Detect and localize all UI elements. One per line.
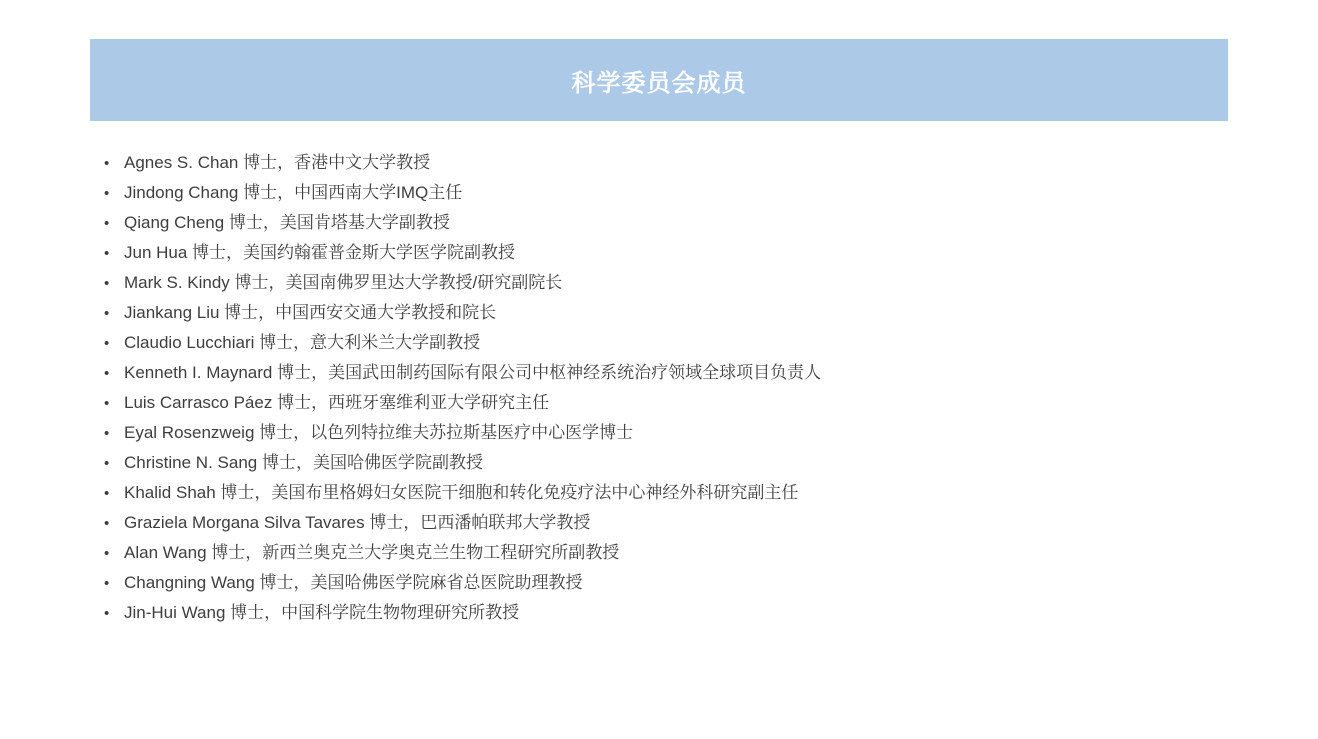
member-text: Jiankang Liu 博士，中国西安交通大学教授和院长 xyxy=(124,298,496,328)
list-item: • Mark S. Kindy 博士，美国南佛罗里达大学教授/研究副院长 xyxy=(104,268,1224,298)
bullet-icon: • xyxy=(104,239,124,269)
bullet-icon: • xyxy=(104,479,124,509)
member-text: Luis Carrasco Páez 博士，西班牙塞维利亚大学研究主任 xyxy=(124,388,549,418)
list-item: • Claudio Lucchiari 博士，意大利米兰大学副教授 xyxy=(104,328,1224,358)
bullet-icon: • xyxy=(104,209,124,239)
list-item: • Changning Wang 博士，美国哈佛医学院麻省总医院助理教授 xyxy=(104,568,1224,598)
member-text: Qiang Cheng 博士，美国肯塔基大学副教授 xyxy=(124,208,450,238)
bullet-icon: • xyxy=(104,299,124,329)
member-text: Eyal Rosenzweig 博士，以色列特拉维夫苏拉斯基医疗中心医学博士 xyxy=(124,418,633,448)
member-text: Jindong Chang 博士，中国西南大学IMQ主任 xyxy=(124,178,462,208)
page-title: 科学委员会成员 xyxy=(572,63,747,98)
member-text: Graziela Morgana Silva Tavares 博士，巴西潘帕联邦… xyxy=(124,508,590,538)
member-text: Jin-Hui Wang 博士，中国科学院生物物理研究所教授 xyxy=(124,598,519,628)
bullet-icon: • xyxy=(104,359,124,389)
bullet-icon: • xyxy=(104,539,124,569)
list-item: • Christine N. Sang 博士，美国哈佛医学院副教授 xyxy=(104,448,1224,478)
member-text: Alan Wang 博士，新西兰奥克兰大学奥克兰生物工程研究所副教授 xyxy=(124,538,619,568)
list-item: • Jiankang Liu 博士，中国西安交通大学教授和院长 xyxy=(104,298,1224,328)
list-item: • Jun Hua 博士，美国约翰霍普金斯大学医学院副教授 xyxy=(104,238,1224,268)
member-text: Khalid Shah 博士，美国布里格姆妇女医院干细胞和转化免疫疗法中心神经外… xyxy=(124,478,798,508)
bullet-icon: • xyxy=(104,569,124,599)
member-text: Jun Hua 博士，美国约翰霍普金斯大学医学院副教授 xyxy=(124,238,515,268)
bullet-icon: • xyxy=(104,269,124,299)
list-item: • Agnes S. Chan 博士，香港中文大学教授 xyxy=(104,148,1224,178)
bullet-icon: • xyxy=(104,149,124,179)
bullet-icon: • xyxy=(104,389,124,419)
list-item: • Luis Carrasco Páez 博士，西班牙塞维利亚大学研究主任 xyxy=(104,388,1224,418)
list-item: • Graziela Morgana Silva Tavares 博士，巴西潘帕… xyxy=(104,508,1224,538)
committee-banner: 科学委员会成员 xyxy=(90,39,1228,121)
list-item: • Qiang Cheng 博士，美国肯塔基大学副教授 xyxy=(104,208,1224,238)
member-text: Christine N. Sang 博士，美国哈佛医学院副教授 xyxy=(124,448,483,478)
list-item: • Eyal Rosenzweig 博士，以色列特拉维夫苏拉斯基医疗中心医学博士 xyxy=(104,418,1224,448)
member-text: Mark S. Kindy 博士，美国南佛罗里达大学教授/研究副院长 xyxy=(124,268,562,298)
list-item: • Jindong Chang 博士，中国西南大学IMQ主任 xyxy=(104,178,1224,208)
member-text: Agnes S. Chan 博士，香港中文大学教授 xyxy=(124,148,430,178)
list-item: • Kenneth I. Maynard 博士，美国武田制药国际有限公司中枢神经… xyxy=(104,358,1224,388)
list-item: • Khalid Shah 博士，美国布里格姆妇女医院干细胞和转化免疫疗法中心神… xyxy=(104,478,1224,508)
member-list: • Agnes S. Chan 博士，香港中文大学教授 • Jindong Ch… xyxy=(104,148,1224,628)
member-text: Changning Wang 博士，美国哈佛医学院麻省总医院助理教授 xyxy=(124,568,582,598)
bullet-icon: • xyxy=(104,599,124,629)
bullet-icon: • xyxy=(104,329,124,359)
bullet-icon: • xyxy=(104,449,124,479)
bullet-icon: • xyxy=(104,509,124,539)
bullet-icon: • xyxy=(104,419,124,449)
member-text: Kenneth I. Maynard 博士，美国武田制药国际有限公司中枢神经系统… xyxy=(124,358,821,388)
list-item: • Jin-Hui Wang 博士，中国科学院生物物理研究所教授 xyxy=(104,598,1224,628)
member-text: Claudio Lucchiari 博士，意大利米兰大学副教授 xyxy=(124,328,480,358)
list-item: • Alan Wang 博士，新西兰奥克兰大学奥克兰生物工程研究所副教授 xyxy=(104,538,1224,568)
bullet-icon: • xyxy=(104,179,124,209)
page: 科学委员会成员 • Agnes S. Chan 博士，香港中文大学教授 • Ji… xyxy=(0,0,1318,739)
